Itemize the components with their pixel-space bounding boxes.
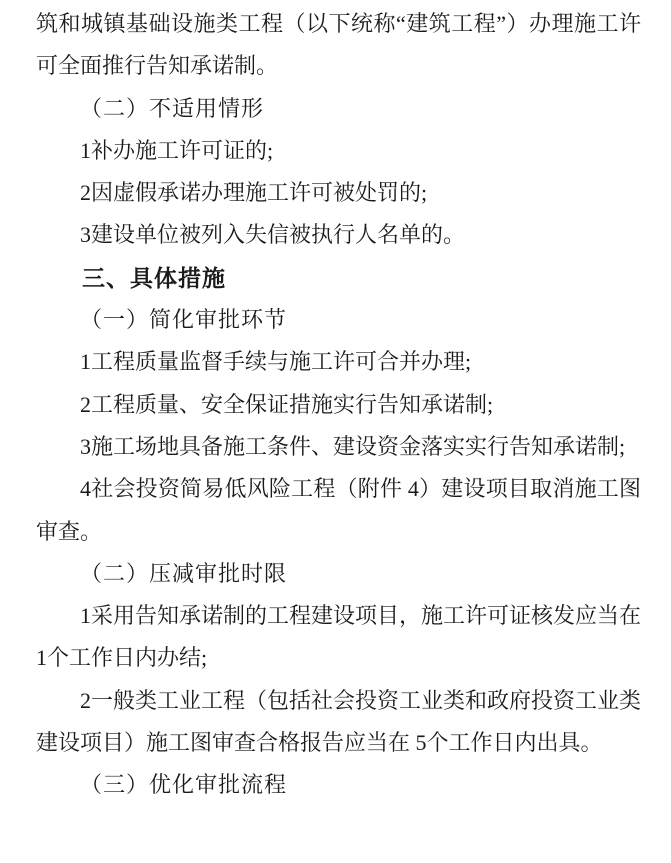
list-item-reissue-permit: 1补办施工许可证的; [36, 130, 641, 172]
subheading-reduce-approval-time: （二）压减审批时限 [36, 553, 641, 595]
subheading-simplify-approval-steps: （一）简化审批环节 [36, 299, 641, 341]
list-item-low-risk-projects: 4社会投资简易低风险工程（附件 4）建设项目取消施工图审查。 [36, 468, 641, 553]
paragraph-continuation-construction-permit: 筑和城镇基础设施类工程（以下统称“建筑工程”）办理施工许可全面推行告知承诺制。 [36, 3, 641, 88]
list-item-one-working-day: 1采用告知承诺制的工程建设项目，施工许可证核发应当在 1个工作日内办结; [36, 595, 641, 680]
list-item-dishonest-list: 3建设单位被列入失信被执行人名单的。 [36, 214, 641, 256]
list-item-quality-safety-commitment: 2工程质量、安全保证措施实行告知承诺制; [36, 384, 641, 426]
list-item-five-working-days: 2一般类工业工程（包括社会投资工业类和政府投资工业类建设项目）施工图审查合格报告… [36, 680, 641, 765]
subheading-optimize-approval-process: （三）优化审批流程 [36, 764, 641, 806]
subheading-inapplicable-cases: （二）不适用情形 [36, 88, 641, 130]
list-item-false-commitment: 2因虚假承诺办理施工许可被处罚的; [36, 172, 641, 214]
list-item-site-conditions-funding: 3施工场地具备施工条件、建设资金落实实行告知承诺制; [36, 426, 641, 468]
section-heading-specific-measures: 三、具体措施 [36, 257, 641, 299]
document-page: 筑和城镇基础设施类工程（以下统称“建筑工程”）办理施工许可全面推行告知承诺制。 … [0, 0, 671, 863]
list-item-quality-supervision-merge: 1工程质量监督手续与施工许可合并办理; [36, 341, 641, 383]
